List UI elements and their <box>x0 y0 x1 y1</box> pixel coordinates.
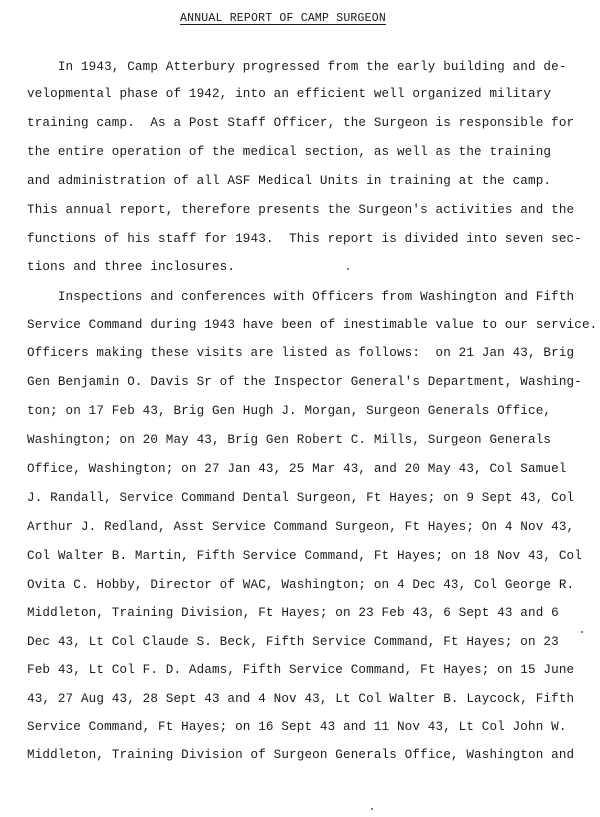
text-line: and administration of all ASF Medical Un… <box>27 174 551 188</box>
text-line: Service Command during 1943 have been of… <box>27 318 597 332</box>
text-line: J. Randall, Service Command Dental Surge… <box>27 491 574 505</box>
text-line: Service Command, Ft Hayes; on 16 Sept 43… <box>27 720 567 734</box>
text-line: ton; on 17 Feb 43, Brig Gen Hugh J. Morg… <box>27 404 551 418</box>
text-line: Arthur J. Redland, Asst Service Command … <box>27 520 574 534</box>
text-line: Col Walter B. Martin, Fifth Service Comm… <box>27 549 582 563</box>
scan-speck <box>347 268 349 270</box>
text-line: 43, 27 Aug 43, 28 Sept 43 and 4 Nov 43, … <box>27 692 574 706</box>
text-line: functions of his staff for 1943. This re… <box>27 232 582 246</box>
text-line: Washington; on 20 May 43, Brig Gen Rober… <box>27 433 551 447</box>
text-line: Gen Benjamin O. Davis Sr of the Inspecto… <box>27 375 582 389</box>
document-page: ANNUAL REPORT OF CAMP SURGEON In 1943, C… <box>0 0 600 817</box>
text-line: training camp. As a Post Staff Officer, … <box>27 116 574 130</box>
text-line: In 1943, Camp Atterbury progressed from … <box>27 60 567 74</box>
text-line: tions and three inclosures. <box>27 260 235 274</box>
scan-speck <box>371 808 373 810</box>
text-line: Dec 43, Lt Col Claude S. Beck, Fifth Ser… <box>27 635 559 649</box>
text-line: Middleton, Training Division of Surgeon … <box>27 748 574 762</box>
text-line: This annual report, therefore presents t… <box>27 203 574 217</box>
text-line: Feb 43, Lt Col F. D. Adams, Fifth Servic… <box>27 663 574 677</box>
document-title: ANNUAL REPORT OF CAMP SURGEON <box>180 12 386 25</box>
text-line: Inspections and conferences with Officer… <box>27 290 574 304</box>
text-line: Middleton, Training Division, Ft Hayes; … <box>27 606 559 620</box>
text-line: Ovita C. Hobby, Director of WAC, Washing… <box>27 578 574 592</box>
text-line: Office, Washington; on 27 Jan 43, 25 Mar… <box>27 462 567 476</box>
text-line: the entire operation of the medical sect… <box>27 145 551 159</box>
scan-speck <box>581 631 583 633</box>
text-line: Officers making these visits are listed … <box>27 346 574 360</box>
text-line: velopmental phase of 1942, into an effic… <box>27 87 551 101</box>
